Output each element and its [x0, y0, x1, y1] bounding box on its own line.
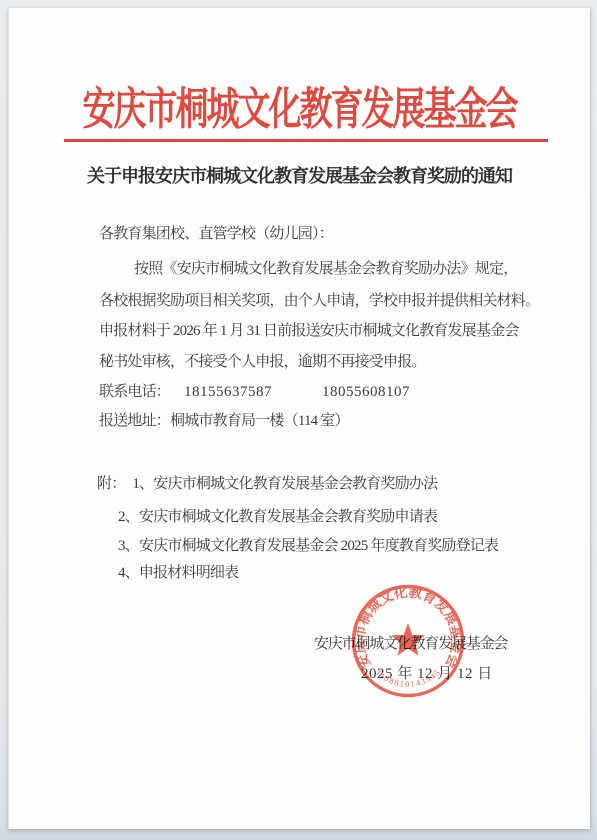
paragraph-line: 按照《安庆市桐城文化教育发展基金会教育奖励办法》规定，	[99, 260, 517, 278]
seal-code-text: 3408810143545	[373, 667, 443, 689]
attachments-label: 附：	[97, 476, 125, 492]
paragraph-line: 秘书处审核，不接受个人申报，逾期不再接受申报。	[99, 353, 426, 371]
document-page: 安庆市桐城文化教育发展基金会 关于申报安庆市桐城文化教育发展基金会教育奖励的通知…	[8, 8, 590, 829]
phone-number-2: 18055608107	[322, 384, 410, 400]
attachment-item: 1、安庆市桐城文化教育发展基金会教育奖励办法	[132, 476, 437, 492]
attachment-item: 4、申报材料明细表	[118, 564, 238, 582]
attachment-item: 3、安庆市桐城文化教育发展基金会 2025 年度教育奖励登记表	[118, 537, 498, 555]
paragraph-line: 各校根据奖励项目相关奖项，由个人申请，学校申报并提供相关材料。	[99, 292, 539, 310]
address-value: 桐城市教育局一楼（114 室）	[170, 413, 349, 429]
paragraph-line: 申报材料于 2026 年 1 月 31 日前报送安庆市桐城文化教育发展基金会	[99, 322, 519, 340]
attachment-item: 2、安庆市桐城文化教育发展基金会教育奖励申请表	[118, 508, 437, 526]
contact-phone-line: 联系电话：1815563758718055608107	[99, 383, 410, 401]
notice-title: 关于申报安庆市桐城文化教育发展基金会教育奖励的通知	[9, 162, 590, 188]
org-title: 安庆市桐城文化教育发展基金会	[9, 74, 590, 137]
official-seal: 安庆市桐城文化教育发展基金会 3408810143545	[338, 571, 478, 711]
red-divider-rule	[64, 139, 548, 142]
attachments-line: 附：1、安庆市桐城文化教育发展基金会教育奖励办法	[97, 475, 437, 493]
phone-label: 联系电话：	[99, 384, 170, 400]
seal-star-icon	[391, 623, 425, 656]
scanned-page-background: 安庆市桐城文化教育发展基金会 关于申报安庆市桐城文化教育发展基金会教育奖励的通知…	[0, 0, 597, 840]
salutation-line: 各教育集团校、直管学校（幼儿园）：	[99, 225, 333, 243]
submission-address-line: 报送地址：桐城市教育局一楼（114 室）	[99, 412, 349, 430]
address-label: 报送地址：	[99, 413, 170, 429]
phone-number-1: 18155637587	[184, 384, 272, 400]
